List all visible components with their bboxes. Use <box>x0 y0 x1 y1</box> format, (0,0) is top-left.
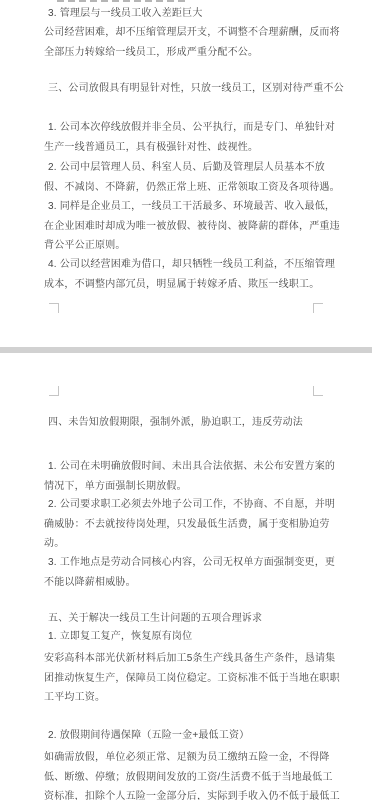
text-line: 3. 工作地点是劳动合同核心内容，公司无权单方面强制变更，更 <box>44 553 330 573</box>
text-line: 背公平公正原则。 <box>44 236 330 256</box>
text-line: 3. 同样是企业员工，一线员工干活最多、环境最苦、收入最低， <box>44 197 330 217</box>
text-line: 1. 立即复工复产，恢复原有岗位 <box>44 627 330 647</box>
text-line: 2. 放假期间待遇保障（五险一金+最低工资） <box>44 726 330 746</box>
text-line: 2. 公司中层管理人员、科室人员、后勤及管理层人员基本不放 <box>44 158 330 178</box>
text-line: 4. 公司以经营困难为借口，却只牺牲一线员工利益，不压缩管理 <box>44 255 330 275</box>
text-line: 不能以降薪相威胁。 <box>44 573 330 593</box>
text-line: 公司经营困难，却不压缩管理层开支，不调整不合理薪酬，反而将 <box>44 23 330 43</box>
paragraph: 1. 立即复工复产，恢复原有岗位 <box>44 627 330 647</box>
text-line: 动。 <box>44 534 330 554</box>
document-viewport[interactable]: 3. 管理层与一线员工收入差距巨大公司经营困难，却不压缩管理层开支，不调整不合理… <box>0 0 372 800</box>
document-page-1: 3. 管理层与一线员工收入差距巨大公司经营困难，却不压缩管理层开支，不调整不合理… <box>0 0 372 347</box>
text-line: 假、不减岗、不降薪，仍然正常上班、正常领取工资及各项待遇。 <box>44 178 330 198</box>
text-line: 如确需放假，单位必须正常、足额为员工缴纳五险一金，不得降 <box>44 748 330 768</box>
text-line: 五、关于解决一线员工生计问题的五项合理诉求 <box>44 609 330 629</box>
paragraph: 3. 管理层与一线员工收入差距巨大 <box>44 4 330 24</box>
paragraph: 3. 工作地点是劳动合同核心内容，公司无权单方面强制变更，更不能以降薪相威胁。 <box>44 553 330 592</box>
text-line: 确威胁：不去就按待岗处理，只发最低生活费，属于变相胁迫劳 <box>44 515 330 535</box>
page-corner-mark <box>49 303 59 313</box>
paragraph: 3. 同样是企业员工，一线员工干活最多、环境最苦、收入最低，在企业困难时却成为唯… <box>44 197 330 256</box>
paragraph: 2. 公司中层管理人员、科室人员、后勤及管理层人员基本不放假、不减岗、不降薪，仍… <box>44 158 330 197</box>
text-line: 安彩高科本部光伏新材料后加工5条生产线具备生产条件，恳请集 <box>44 649 330 669</box>
paragraph: 三、公司放假具有明显针对性，只放一线员工，区别对待严重不公 <box>44 79 330 99</box>
paragraph: 2. 公司要求职工必须去外地子公司工作，不协商、不自愿，并明确威胁：不去就按待岗… <box>44 495 330 554</box>
paragraph: 四、未告知放假期限，强制外派，胁迫职工，违反劳动法 <box>44 413 330 433</box>
text-line: 团推动恢复生产，保障员工岗位稳定。工资标准不低于当地在职职 <box>44 669 330 689</box>
page-corner-mark <box>49 386 59 396</box>
paragraph: 公司经营困难，却不压缩管理层开支，不调整不合理薪酬，反而将全部压力转嫁给一线员工… <box>44 23 330 62</box>
text-line: 全部压力转嫁给一线员工，形成严重分配不公。 <box>44 43 330 63</box>
paragraph: 4. 公司以经营困难为借口，却只牺牲一线员工利益，不压缩管理成本，不调整内部冗员… <box>44 255 330 294</box>
page-corner-mark <box>313 386 323 396</box>
text-line: 成本，不调整内部冗员，明显属于转嫁矛盾、欺压一线职工。 <box>44 275 330 295</box>
text-line: 三、公司放假具有明显针对性，只放一线员工，区别对待严重不公 <box>44 79 330 99</box>
paragraph: 安彩高科本部光伏新材料后加工5条生产线具备生产条件，恳请集团推动恢复生产，保障员… <box>44 649 330 708</box>
paragraph: 1. 公司本次停线放假并非全员、公平执行，而是专门、单独针对生产一线普通员工，具… <box>44 118 330 157</box>
text-line: 生产一线普通员工，具有极强针对性、歧视性。 <box>44 138 330 158</box>
paragraph: 五、关于解决一线员工生计问题的五项合理诉求 <box>44 609 330 629</box>
text-line: 3. 管理层与一线员工收入差距巨大 <box>44 4 330 24</box>
page-corner-mark <box>313 303 323 313</box>
text-line: 1. 公司本次停线放假并非全员、公平执行，而是专门、单独针对 <box>44 118 330 138</box>
text-line: 在企业困难时却成为唯一被放假、被待岗、被降薪的群体，严重违 <box>44 217 330 237</box>
text-line: 情况下，单方面强制长期放假。 <box>44 477 330 497</box>
text-line: 2. 公司要求职工必须去外地子公司工作，不协商、不自愿，并明 <box>44 495 330 515</box>
clipped-text-line <box>57 0 185 2</box>
text-line: 资标准，扣除个人五险一金部分后，实际到手收入仍不低于最低工 <box>44 787 330 800</box>
text-line: 工平均工资。 <box>44 688 330 708</box>
paragraph: 2. 放假期间待遇保障（五险一金+最低工资） <box>44 726 330 746</box>
text-line: 低、断缴、停缴；放假期间发放的工资/生活费不低于当地最低工 <box>44 768 330 788</box>
text-line: 四、未告知放假期限，强制外派，胁迫职工，违反劳动法 <box>44 413 330 433</box>
paragraph: 如确需放假，单位必须正常、足额为员工缴纳五险一金，不得降低、断缴、停缴；放假期间… <box>44 748 330 800</box>
document-page-2: 四、未告知放假期限，强制外派，胁迫职工，违反劳动法1. 公司在未明确放假时间、未… <box>0 353 372 800</box>
paragraph: 1. 公司在未明确放假时间、未出具合法依据、未公布安置方案的情况下，单方面强制长… <box>44 457 330 496</box>
text-line: 1. 公司在未明确放假时间、未出具合法依据、未公布安置方案的 <box>44 457 330 477</box>
